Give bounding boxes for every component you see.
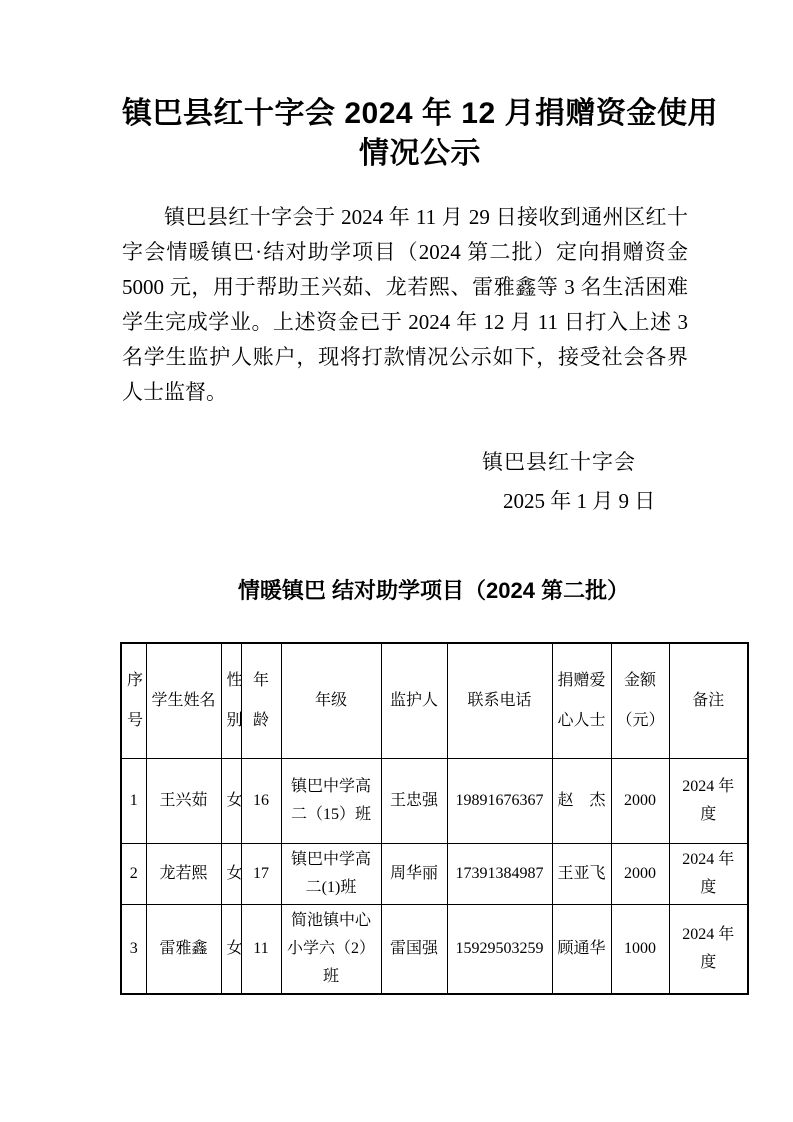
cell-remark: 2024 年度 bbox=[669, 904, 748, 994]
cell-age: 16 bbox=[241, 758, 281, 843]
cell-phone: 17391384987 bbox=[447, 843, 552, 904]
table-header-gender: 性别 bbox=[221, 643, 241, 758]
cell-age: 11 bbox=[241, 904, 281, 994]
table-header-grade: 年级 bbox=[281, 643, 381, 758]
table-header-remark: 备注 bbox=[669, 643, 748, 758]
table-header-amount: 金额（元） bbox=[611, 643, 669, 758]
table-row: 1 王兴茹 女 16 镇巴中学高二（15）班 王忠强 19891676367 赵… bbox=[121, 758, 748, 843]
cell-phone: 15929503259 bbox=[447, 904, 552, 994]
table-row: 3 雷雅鑫 女 11 简池镇中心小学六（2）班 雷国强 15929503259 … bbox=[121, 904, 748, 994]
cell-remark: 2024 年度 bbox=[669, 758, 748, 843]
signature-org-name: 镇巴县红十字会 bbox=[482, 446, 642, 476]
cell-guardian: 周华丽 bbox=[381, 843, 447, 904]
cell-index: 2 bbox=[121, 843, 146, 904]
cell-grade: 镇巴中学高二（15）班 bbox=[281, 758, 381, 843]
cell-donor: 赵 杰 bbox=[552, 758, 611, 843]
cell-grade: 简池镇中心小学六（2）班 bbox=[281, 904, 381, 994]
table-header-age: 年龄 bbox=[241, 643, 281, 758]
table-header-guardian: 监护人 bbox=[381, 643, 447, 758]
cell-amount: 2000 bbox=[611, 758, 669, 843]
table-row: 2 龙若熙 女 17 镇巴中学高二(1)班 周华丽 17391384987 王亚… bbox=[121, 843, 748, 904]
cell-gender: 女 bbox=[221, 758, 241, 843]
cell-phone: 19891676367 bbox=[447, 758, 552, 843]
cell-amount: 2000 bbox=[611, 843, 669, 904]
cell-amount: 1000 bbox=[611, 904, 669, 994]
cell-guardian: 雷国强 bbox=[381, 904, 447, 994]
cell-student-name: 雷雅鑫 bbox=[146, 904, 221, 994]
cell-gender: 女 bbox=[221, 904, 241, 994]
table-header-student-name: 学生姓名 bbox=[146, 643, 221, 758]
cell-grade: 镇巴中学高二(1)班 bbox=[281, 843, 381, 904]
table-title: 情暖镇巴 结对助学项目（2024 第二批） bbox=[120, 574, 747, 605]
body-paragraph: 镇巴县红十字会于 2024 年 11 月 29 日接收到通州区红十字会情暖镇巴·… bbox=[122, 200, 688, 410]
cell-index: 3 bbox=[121, 904, 146, 994]
table-header-row: 序号 学生姓名 性别 年龄 年级 监护人 联系电话 捐赠爱心人士 金额（元） 备… bbox=[121, 643, 748, 758]
cell-index: 1 bbox=[121, 758, 146, 843]
cell-remark: 2024 年度 bbox=[669, 843, 748, 904]
cell-donor: 王亚飞 bbox=[552, 843, 611, 904]
cell-guardian: 王忠强 bbox=[381, 758, 447, 843]
table-header-phone: 联系电话 bbox=[447, 643, 552, 758]
table-header-donor: 捐赠爱心人士 bbox=[552, 643, 611, 758]
donation-table: 序号 学生姓名 性别 年龄 年级 监护人 联系电话 捐赠爱心人士 金额（元） 备… bbox=[120, 642, 749, 995]
signature-date: 2025 年 1 月 9 日 bbox=[503, 485, 663, 515]
document-title: 镇巴县红十字会 2024 年 12 月捐赠资金使用情况公示 bbox=[122, 94, 718, 174]
cell-gender: 女 bbox=[221, 843, 241, 904]
cell-donor: 顾通华 bbox=[552, 904, 611, 994]
cell-student-name: 王兴茹 bbox=[146, 758, 221, 843]
cell-student-name: 龙若熙 bbox=[146, 843, 221, 904]
table-header-index: 序号 bbox=[121, 643, 146, 758]
cell-age: 17 bbox=[241, 843, 281, 904]
document-page: 镇巴县红十字会 2024 年 12 月捐赠资金使用情况公示 镇巴县红十字会于 2… bbox=[0, 0, 793, 1122]
